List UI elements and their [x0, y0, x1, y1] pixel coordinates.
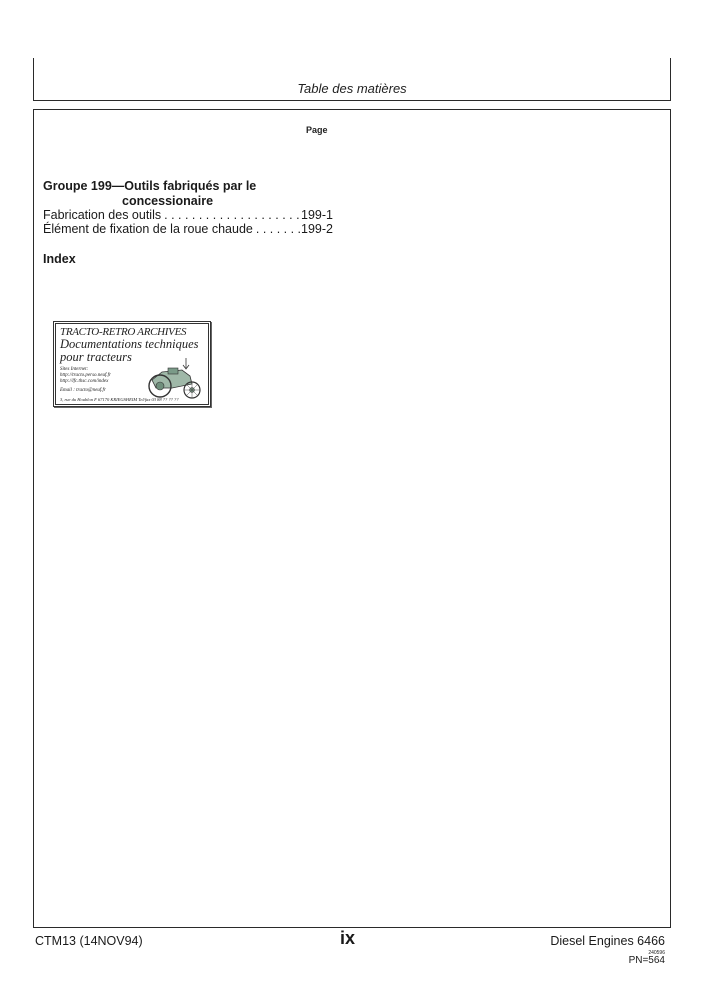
page-header-title: Table des matières — [34, 81, 670, 96]
toc-list: Fabrication des outils 199-1 Élément de … — [43, 208, 333, 236]
toc-entry-page: 199-2 — [301, 222, 333, 236]
footer-page-number: ix — [340, 928, 355, 949]
toc-entry-label: Élément de fixation de la roue chaude — [43, 222, 253, 236]
index-heading[interactable]: Index — [43, 252, 76, 266]
toc-entry[interactable]: Élément de fixation de la roue chaude 19… — [43, 222, 333, 236]
toc-entry-page: 199-1 — [301, 208, 333, 222]
dot-leader — [253, 222, 301, 236]
toc-entry-label: Fabrication des outils — [43, 208, 161, 222]
stamp-address: 3, rue du Houblon F 67170 KRIEGSHEIM Tel… — [60, 397, 178, 402]
group-heading: Groupe 199—Outils fabriqués par le conce… — [43, 179, 256, 209]
group-heading-line2: concessionaire — [43, 194, 256, 209]
page-column-label: Page — [306, 125, 328, 135]
stamp-info: Sites Internet: http://tracto.perso.neuf… — [60, 367, 111, 394]
toc-entry[interactable]: Fabrication des outils 199-1 — [43, 208, 333, 222]
footer-document-id: CTM13 (14NOV94) — [35, 934, 143, 948]
footer-pn: PN=564 — [629, 955, 665, 966]
tractor-icon — [142, 358, 204, 400]
footer-title: Diesel Engines 6466 — [550, 934, 665, 948]
content-frame: Page Groupe 199—Outils fabriqués par le … — [33, 109, 671, 928]
archive-stamp: Tracto-Retro Archives Documentations tec… — [53, 321, 211, 407]
stamp-email: Email : tracto@neuf.fr — [60, 388, 111, 394]
dot-leader — [161, 208, 301, 222]
stamp-site2: http://lfc.thsc.com/index — [60, 379, 111, 385]
header-frame: Table des matières — [33, 58, 671, 101]
group-heading-line1: Groupe 199—Outils fabriqués par le — [43, 179, 256, 193]
